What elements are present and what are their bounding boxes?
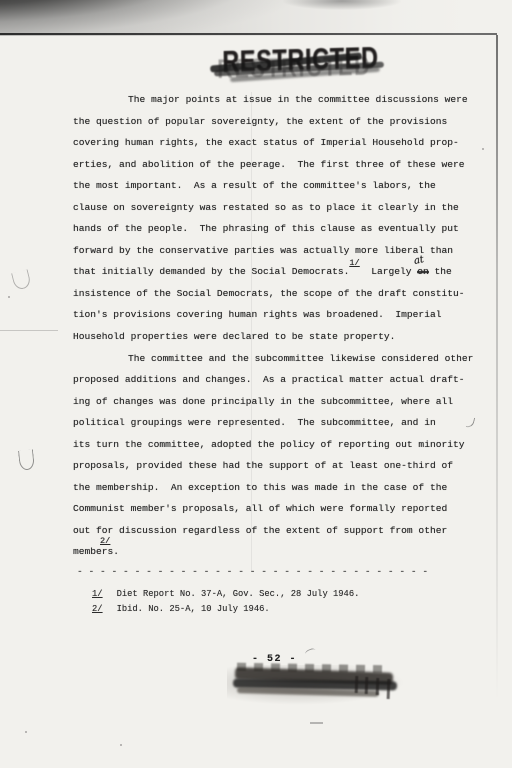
dust-speck xyxy=(8,296,10,298)
body-text-segment: erties, and abolition of the peerage. Th… xyxy=(73,159,465,170)
footnote-item: 2/Ibid. No. 25-A, 10 July 1946. xyxy=(92,602,359,617)
body-text-segment: the question of popular sovereignty, the… xyxy=(73,116,447,127)
footnote-marker: 1/ xyxy=(92,589,103,599)
body-text-segment: insistence of the Social Democrats, the … xyxy=(73,288,465,299)
body-line: the membership. An exception to this was… xyxy=(73,477,485,499)
dust-speck xyxy=(25,731,27,733)
body-line: political groupings were represented. Th… xyxy=(73,412,485,434)
body-text-segment: hands of the people. The phrasing of thi… xyxy=(73,223,459,234)
body-line: Household properties were declared to be… xyxy=(73,326,485,348)
footnote-marker-superscript: 1/ xyxy=(349,258,359,268)
footnotes: 1/Diet Report No. 37-A, Gov. Sec., 28 Ju… xyxy=(92,587,359,616)
stamp-stroke-remnant xyxy=(355,676,359,693)
scan-smudge-artifact xyxy=(283,0,401,10)
obliterated-stamp xyxy=(233,663,401,707)
restricted-stamp: RESTRICTED RESTRICTED xyxy=(222,46,397,88)
body-line: covering human rights, the exact status … xyxy=(73,132,485,154)
body-line: clause on sovereignty was restated so as… xyxy=(73,197,485,219)
body-text-segment: Communist member's proposals, all of whi… xyxy=(73,503,447,514)
body-line: proposed additions and changes. As a pra… xyxy=(73,369,485,391)
page-edge-line xyxy=(496,35,498,700)
body-line: out for discussion regardless of the ext… xyxy=(73,520,485,542)
body-text-segment: proposed additions and changes. As a pra… xyxy=(73,374,465,385)
body-text-segment: its turn the committee, adopted the poli… xyxy=(73,439,465,450)
body-text-segment: the membership. An exception to this was… xyxy=(73,482,447,493)
body-text-segment: ing of changes was done principally in t… xyxy=(73,396,453,407)
body-text-segment: covering human rights, the exact status … xyxy=(73,137,459,148)
body-line: erties, and abolition of the peerage. Th… xyxy=(73,154,485,176)
body-text-segment: tion's provisions covering human rights … xyxy=(73,309,441,320)
document-body: The major points at issue in the committ… xyxy=(73,89,485,563)
body-text-segment: political groupings were represented. Th… xyxy=(73,417,436,428)
body-line: the question of popular sovereignty, the… xyxy=(73,111,485,133)
scan-shadow-artifact xyxy=(0,0,512,36)
body-text-segment: the most important. As a result of the c… xyxy=(73,180,436,191)
pencil-squiggle xyxy=(304,647,316,657)
body-line: that initially demanded by the Social De… xyxy=(73,261,485,283)
body-line: Communist member's proposals, all of whi… xyxy=(73,498,485,520)
body-line: The major points at issue in the committ… xyxy=(73,89,485,111)
body-line: proposals, provided these had the suppor… xyxy=(73,455,485,477)
body-line: the most important. As a result of the c… xyxy=(73,175,485,197)
footnote-separator: - - - - - - - - - - - - - - - - - - - - … xyxy=(77,566,428,577)
stamp-stroke-remnant xyxy=(376,678,380,695)
body-text-segment: Household properties were declared to be… xyxy=(73,331,395,342)
pencil-mark-left-upper xyxy=(11,269,32,291)
body-text-segment: the xyxy=(429,266,452,277)
body-text-segment: proposals, provided these had the suppor… xyxy=(73,460,453,471)
pencil-mark-left-lower xyxy=(18,449,35,470)
body-line: The committee and the subcommittee likew… xyxy=(73,348,485,370)
body-line: tion's provisions covering human rights … xyxy=(73,304,485,326)
footnote-text: Diet Report No. 37-A, Gov. Sec., 28 July… xyxy=(117,589,360,599)
body-text-segment: forward by the conservative parties was … xyxy=(73,245,453,256)
stamp-stroke-remnant xyxy=(365,677,369,694)
body-text-segment: out for discussion regardless of the ext… xyxy=(73,525,447,536)
body-text-segment: The committee and the subcommittee likew… xyxy=(128,353,473,364)
small-dash-mark xyxy=(310,722,323,724)
body-text-segment: clause on sovereignty was restated so as… xyxy=(73,202,459,213)
body-line: insistence of the Social Democrats, the … xyxy=(73,283,485,305)
footnote-text: Ibid. No. 25-A, 10 July 1946. xyxy=(117,604,270,614)
body-text-segment: The major points at issue in the committ… xyxy=(128,94,468,105)
body-line: ing of changes was done principally in t… xyxy=(73,391,485,413)
body-text-segment: Largely xyxy=(360,266,418,277)
footnote-item: 1/Diet Report No. 37-A, Gov. Sec., 28 Ju… xyxy=(92,587,359,602)
body-line: hands of the people. The phrasing of thi… xyxy=(73,218,485,240)
footnote-marker-superscript: 2/ xyxy=(100,531,110,553)
pencil-line-left xyxy=(0,330,58,331)
body-text-segment: members. xyxy=(73,546,119,557)
scan-edge-line xyxy=(0,33,497,35)
corrected-word: onat xyxy=(417,261,429,283)
body-line: 2/members. xyxy=(73,541,485,563)
footnote-marker: 2/ xyxy=(92,604,103,614)
body-line: its turn the committee, adopted the poli… xyxy=(73,434,485,456)
scanned-document-page: RESTRICTED RESTRICTED The major points a… xyxy=(0,0,512,768)
dust-speck xyxy=(120,744,122,746)
body-text-segment: that initially demanded by the Social De… xyxy=(73,266,349,277)
